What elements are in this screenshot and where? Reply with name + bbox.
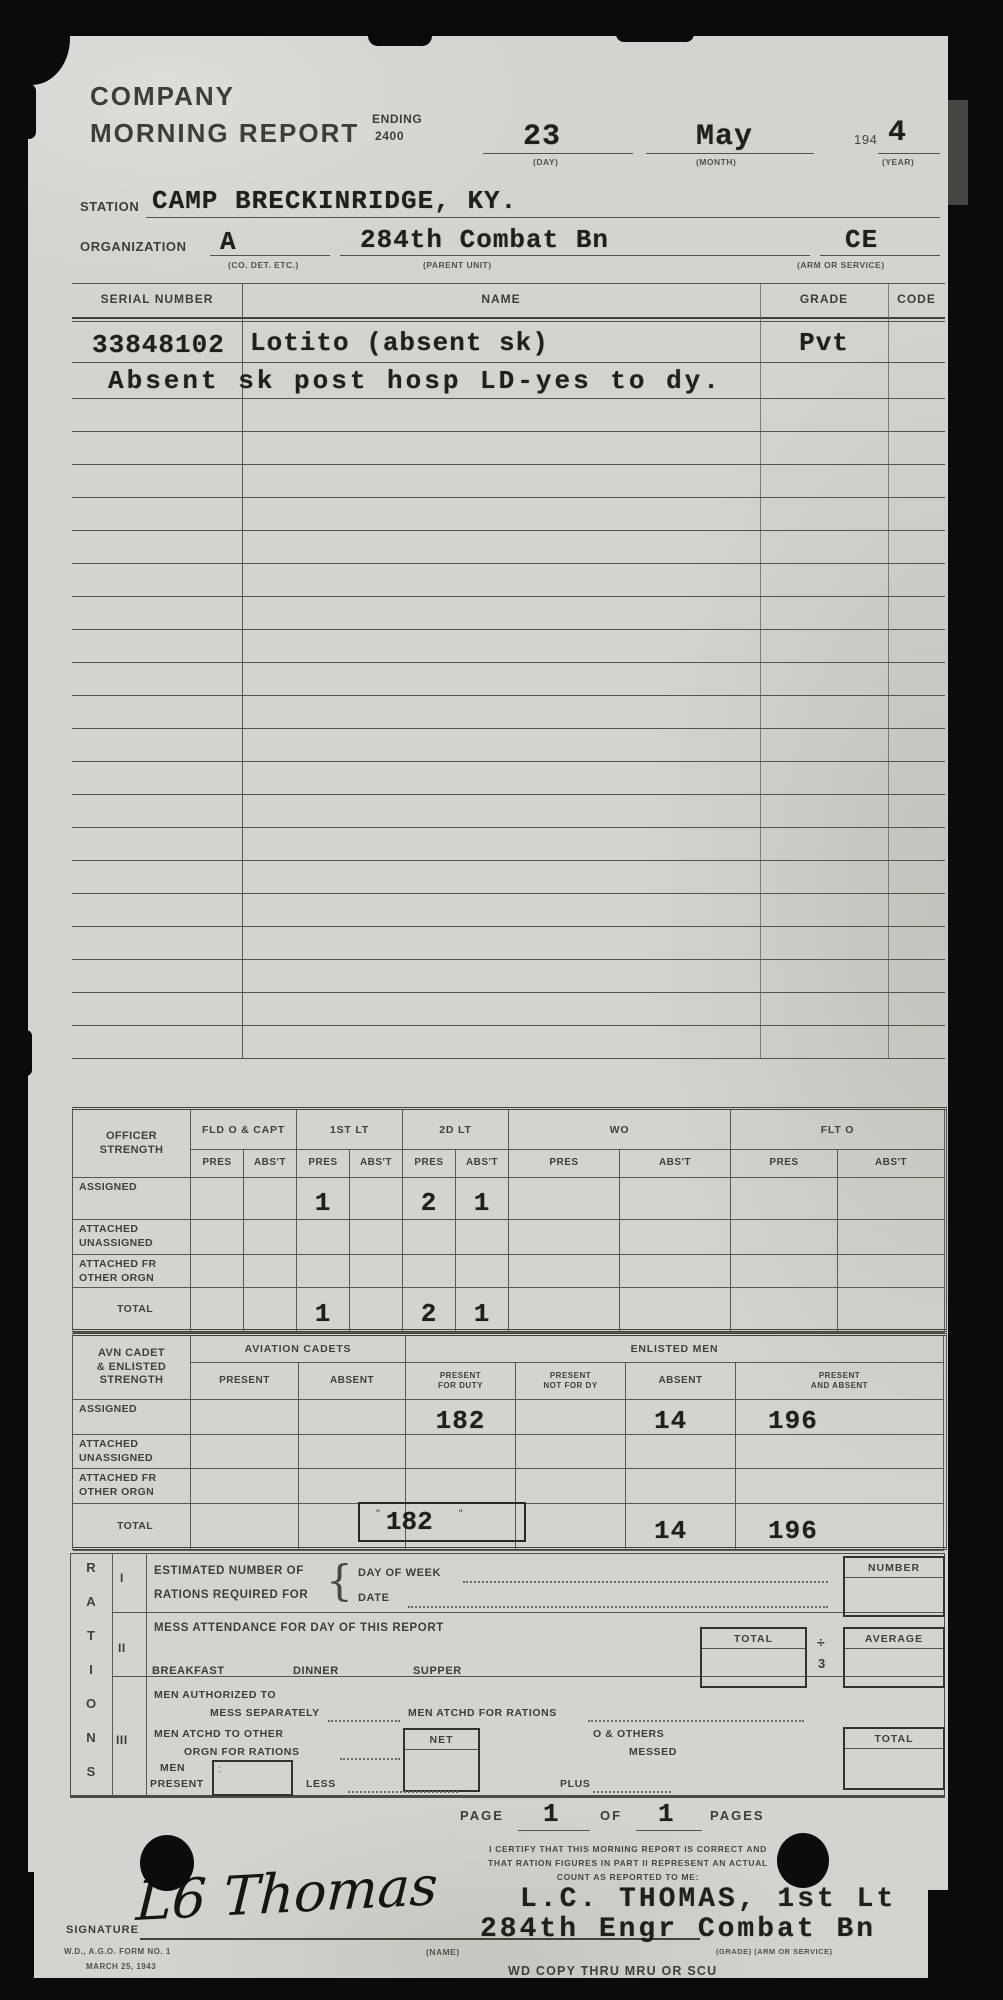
others-total-box-label: TOTAL — [845, 1729, 943, 1745]
certification-line2: THAT RATION FIGURES IN PART II REPRESENT… — [448, 1856, 808, 1870]
value-cell — [620, 1288, 731, 1333]
value-cell — [838, 1220, 945, 1255]
certification-line3: COUNT AS REPORTED TO ME: — [448, 1870, 808, 1884]
value-cell — [299, 1435, 406, 1469]
scan-edge-blob-top2 — [616, 28, 694, 42]
average-box-divider — [845, 1648, 943, 1649]
dinner-label: DINNER — [293, 1665, 339, 1677]
value-cell — [509, 1255, 620, 1288]
value-cell: 182 — [406, 1400, 516, 1435]
typed-officer-unit: 284th Engr Combat Bn — [480, 1914, 876, 1945]
date-line — [408, 1606, 828, 1608]
roster-empty-row-line — [72, 530, 945, 531]
value-cell — [244, 1288, 297, 1333]
mess-separately-line — [328, 1720, 400, 1722]
pages-value: 1 — [658, 1799, 675, 1829]
column-sub-header: ABS'T — [456, 1150, 509, 1178]
entry-remark: Absent sk post hosp LD-yes to dy. — [108, 366, 722, 396]
report-month-value: May — [696, 120, 753, 154]
value-cell — [731, 1178, 838, 1220]
day-underline — [483, 153, 633, 154]
value-cell: 196 — [736, 1400, 944, 1435]
roster-empty-row-line — [72, 893, 945, 894]
column-sub-header: PRESENT NOT FOR DY — [516, 1363, 626, 1400]
month-caption: (MONTH) — [696, 157, 736, 167]
roster-empty-row-line — [72, 695, 945, 696]
net-box: NET — [403, 1728, 480, 1792]
authorized-line2: MESS SEPARATELY — [210, 1707, 320, 1719]
roster-col-serial: SERIAL NUMBER — [72, 292, 242, 306]
value-cell — [626, 1435, 736, 1469]
value-cell — [191, 1255, 244, 1288]
value-cell — [620, 1220, 731, 1255]
scan-corner-blob-br — [928, 1890, 1003, 2000]
authorized-line1: MEN AUTHORIZED TO — [154, 1689, 276, 1701]
column-group-header: ENLISTED MEN — [406, 1336, 944, 1363]
value-cell — [509, 1220, 620, 1255]
row-label: ATTACHED FR OTHER ORGN — [73, 1255, 191, 1288]
column-group-header: 2D LT — [403, 1110, 509, 1150]
scan-edge-notch-right — [948, 100, 968, 205]
value-cell — [191, 1400, 299, 1435]
rations-row1-divider — [112, 1612, 945, 1613]
number-box-divider — [845, 1577, 943, 1578]
entry-name: Lotito (absent sk) — [250, 328, 549, 358]
others-total-box-divider — [845, 1748, 943, 1749]
atchd-line1: MEN ATCHD TO OTHER — [154, 1728, 284, 1740]
ditto-mark-left: " — [376, 1508, 380, 1520]
value-cell — [731, 1220, 838, 1255]
scan-corner-blob-bl — [0, 1872, 34, 2000]
cell-value: 1 — [474, 1188, 491, 1218]
roster-empty-row-line — [72, 1058, 945, 1059]
column-sub-header: ABS'T — [838, 1150, 945, 1178]
organization-parent-value: 284th Combat Bn — [360, 225, 609, 255]
value-cell — [620, 1255, 731, 1288]
row-label: TOTAL — [73, 1504, 191, 1551]
paper: COMPANY MORNING REPORT ENDING 2400 23 (D… — [28, 36, 948, 1978]
column-sub-header: ABSENT — [299, 1363, 406, 1400]
value-cell — [736, 1469, 944, 1504]
value-cell — [299, 1469, 406, 1504]
organization-company-value: A — [220, 227, 237, 257]
year-underline — [878, 153, 940, 154]
arm-caption: (ARM OR SERVICE) — [797, 260, 885, 270]
net-box-label: NET — [405, 1730, 478, 1746]
year-prefix: 194 — [854, 132, 878, 147]
table-title: OFFICER STRENGTH — [73, 1110, 191, 1178]
scan-edge-blob-left1 — [22, 84, 36, 139]
row-label: ATTACHED UNASSIGNED — [73, 1220, 191, 1255]
column-group-header: FLT O — [731, 1110, 945, 1150]
roster-col-grade: GRADE — [760, 292, 888, 306]
roster-empty-row-line — [72, 596, 945, 597]
cell-value: 196 — [768, 1406, 818, 1436]
form-title-line1: COMPANY — [90, 81, 235, 112]
value-cell — [731, 1255, 838, 1288]
ending-label: ENDING — [372, 112, 422, 126]
less-label: LESS — [306, 1778, 336, 1790]
value-cell: 2 — [403, 1288, 456, 1333]
column-sub-header: PRES — [297, 1150, 350, 1178]
value-cell — [191, 1435, 299, 1469]
value-cell: 1 — [297, 1178, 350, 1220]
parent-caption: (PARENT UNIT) — [423, 260, 492, 270]
column-sub-header: ABS'T — [244, 1150, 297, 1178]
scan-border-left — [0, 0, 28, 2000]
cell-value: 1 — [315, 1299, 332, 1329]
atchd-for-rations-label: MEN ATCHD FOR RATIONS — [408, 1707, 557, 1719]
column-sub-header: ABS'T — [350, 1150, 403, 1178]
value-cell — [406, 1469, 516, 1504]
arm-underline — [820, 255, 940, 256]
cell-value: 1 — [315, 1188, 332, 1218]
roster-empty-row-line — [72, 992, 945, 993]
date-label: DATE — [358, 1592, 390, 1604]
column-group-header: AVIATION CADETS — [191, 1336, 406, 1363]
distribution-note: WD COPY THRU MRU OR SCU — [508, 1964, 717, 1978]
roster-divider-name-grade — [760, 283, 761, 1058]
supper-label: SUPPER — [413, 1665, 462, 1677]
year-caption: (YEAR) — [882, 157, 914, 167]
plus-line — [593, 1791, 671, 1793]
atchd-for-rations-line — [588, 1720, 804, 1722]
roster-empty-row-line — [72, 464, 945, 465]
mess-total-box-label: TOTAL — [702, 1629, 805, 1645]
value-cell — [509, 1178, 620, 1220]
value-cell — [509, 1288, 620, 1333]
rations-row2-divider — [112, 1676, 945, 1677]
value-cell — [456, 1220, 509, 1255]
column-sub-header: PRES — [403, 1150, 456, 1178]
form-id-line2: MARCH 25, 1943 — [86, 1962, 156, 1971]
value-cell — [403, 1255, 456, 1288]
value-cell — [191, 1178, 244, 1220]
column-group-header: WO — [509, 1110, 731, 1150]
rations-side-letter: A — [81, 1594, 101, 1609]
report-day-value: 23 — [523, 120, 561, 154]
value-cell — [244, 1220, 297, 1255]
mess-total-box-divider — [702, 1648, 805, 1649]
value-cell — [516, 1435, 626, 1469]
grade-arm-caption: (GRADE) (ARM OR SERVICE) — [716, 1947, 832, 1956]
roster-empty-row-line — [72, 563, 945, 564]
station-value: CAMP BRECKINRIDGE, KY. — [152, 186, 517, 216]
entry-row-line — [72, 362, 945, 363]
roster-divider-serial-name — [242, 283, 243, 1058]
of-label: OF — [600, 1808, 622, 1823]
rations-numeral-1: I — [120, 1571, 124, 1585]
roster-empty-row-line — [72, 662, 945, 663]
number-box: NUMBER — [843, 1556, 945, 1617]
company-caption: (CO. DET. ETC.) — [228, 260, 299, 270]
men-line1: MEN — [160, 1762, 185, 1774]
others-line1: O & OTHERS — [593, 1728, 664, 1740]
company-underline — [210, 255, 330, 256]
report-year-value: 4 — [888, 116, 907, 150]
mess-total-box: TOTAL — [700, 1627, 807, 1688]
cell-value: 1 — [474, 1299, 491, 1329]
value-cell — [191, 1469, 299, 1504]
scan-border-bottom — [0, 1978, 1003, 2000]
value-cell — [620, 1178, 731, 1220]
parent-underline — [340, 255, 810, 256]
value-cell — [297, 1220, 350, 1255]
value-cell: 14 — [626, 1504, 736, 1551]
average-box: AVERAGE — [843, 1627, 945, 1688]
value-cell — [516, 1400, 626, 1435]
rations-side-letter: S — [81, 1764, 101, 1779]
month-underline — [646, 153, 814, 154]
station-underline — [146, 217, 940, 218]
form-id-line1: W.D., A.G.O. FORM NO. 1 — [64, 1947, 171, 1956]
value-cell — [297, 1255, 350, 1288]
column-sub-header: ABSENT — [626, 1363, 736, 1400]
entry-grade: Pvt — [760, 328, 888, 358]
form-title-line2: MORNING REPORT — [90, 118, 359, 149]
roster-empty-row-line — [72, 1025, 945, 1026]
value-cell — [350, 1178, 403, 1220]
column-sub-header: ABS'T — [620, 1150, 731, 1178]
number-box-label: NUMBER — [845, 1558, 943, 1574]
column-sub-header: PRES — [509, 1150, 620, 1178]
value-cell: 1 — [456, 1178, 509, 1220]
men-line2: PRESENT — [150, 1778, 204, 1790]
pages-underline — [636, 1830, 702, 1831]
certification-line1: I CERTIFY THAT THIS MORNING REPORT IS CO… — [448, 1842, 808, 1856]
value-cell: 2 — [403, 1178, 456, 1220]
value-cell — [406, 1435, 516, 1469]
brace: { — [326, 1556, 353, 1605]
rations-side-letter: R — [81, 1560, 101, 1575]
scanned-morning-report: COMPANY MORNING REPORT ENDING 2400 23 (D… — [0, 0, 1003, 2000]
scan-edge-blob-top1 — [368, 30, 432, 46]
column-group-header: 1ST LT — [297, 1110, 403, 1150]
ending-value: 2400 — [375, 129, 404, 143]
rations-side-letter: I — [81, 1662, 101, 1677]
roster-double-rule-b — [72, 321, 945, 322]
mess-attendance-label: MESS ATTENDANCE FOR DAY OF THIS REPORT — [154, 1622, 444, 1634]
value-cell — [516, 1469, 626, 1504]
officer-strength-table: OFFICER STRENGTHFLD O & CAPT1ST LT2D LTW… — [72, 1107, 947, 1332]
roster-col-name: NAME — [242, 292, 760, 306]
value-cell — [350, 1255, 403, 1288]
column-sub-header: PRESENT FOR DUTY — [406, 1363, 516, 1400]
organization-label: ORGANIZATION — [80, 239, 187, 254]
roster-col-code: CODE — [888, 292, 945, 306]
roster-empty-row-line — [72, 629, 945, 630]
value-cell: 1 — [456, 1288, 509, 1333]
column-sub-header: PRES — [191, 1150, 244, 1178]
value-cell — [244, 1178, 297, 1220]
roster-double-rule-a — [72, 317, 945, 319]
column-sub-header: PRESENT AND ABSENT — [736, 1363, 944, 1400]
rations1-label1: ESTIMATED NUMBER OF — [154, 1565, 304, 1577]
remark-row-line — [72, 398, 945, 399]
value-cell — [838, 1288, 945, 1333]
others-line2: MESSED — [629, 1746, 677, 1758]
page-underline — [518, 1830, 590, 1831]
average-box-label: AVERAGE — [845, 1629, 943, 1645]
value-cell — [191, 1504, 299, 1551]
others-total-box: TOTAL — [843, 1727, 945, 1790]
rations-numeral-3: III — [116, 1733, 128, 1747]
value-cell — [299, 1400, 406, 1435]
row-label: ATTACHED FR OTHER ORGN — [73, 1469, 191, 1504]
pages-label: PAGES — [710, 1808, 765, 1823]
entry-serial-number: 33848102 — [92, 330, 225, 360]
men-present-box: : — [212, 1760, 293, 1796]
value-cell — [838, 1255, 945, 1288]
station-label: STATION — [80, 199, 139, 214]
organization-arm-value: CE — [845, 225, 878, 255]
net-box-divider — [405, 1749, 478, 1750]
roster-empty-row-line — [72, 959, 945, 960]
cell-value: 182 — [436, 1406, 486, 1436]
total-present-for-duty-value: 182 — [386, 1507, 433, 1537]
value-cell — [626, 1469, 736, 1504]
table-title: AVN CADET & ENLISTED STRENGTH — [73, 1336, 191, 1400]
row-label: ASSIGNED — [73, 1400, 191, 1435]
page-value: 1 — [543, 1799, 560, 1829]
roster-empty-row-line — [72, 431, 945, 432]
value-cell — [350, 1288, 403, 1333]
rations1-label2: RATIONS REQUIRED FOR — [154, 1589, 308, 1601]
cell-value: 2 — [421, 1299, 438, 1329]
day-caption: (DAY) — [533, 157, 558, 167]
less-line — [348, 1791, 458, 1793]
name-caption: (NAME) — [426, 1947, 460, 1957]
value-cell — [736, 1435, 944, 1469]
typed-officer-name: L.C. THOMAS, 1st Lt — [520, 1884, 896, 1915]
divisor: 3 — [818, 1656, 826, 1671]
atchd-line2: ORGN FOR RATIONS — [184, 1746, 300, 1758]
roster-empty-row-line — [72, 761, 945, 762]
roster-empty-row-line — [72, 860, 945, 861]
scan-border-right — [948, 0, 1003, 2000]
signature-label: SIGNATURE — [66, 1924, 139, 1936]
cell-value: 2 — [421, 1188, 438, 1218]
orgn-for-rations-line — [340, 1758, 400, 1760]
punch-hole-right — [777, 1833, 829, 1888]
row-label: TOTAL — [73, 1288, 191, 1333]
value-cell: 1 — [297, 1288, 350, 1333]
rations-side-letter: N — [81, 1730, 101, 1745]
certification-text: I CERTIFY THAT THIS MORNING REPORT IS CO… — [448, 1842, 808, 1884]
value-cell — [838, 1178, 945, 1220]
roster-empty-row-line — [72, 497, 945, 498]
rations-side-letter: O — [81, 1696, 101, 1711]
rations-side-letter: T — [81, 1628, 101, 1643]
column-sub-header: PRES — [731, 1150, 838, 1178]
page-label: PAGE — [460, 1808, 504, 1823]
value-cell: 196 — [736, 1504, 944, 1551]
value-cell — [516, 1504, 626, 1551]
roster-divider-grade-code — [888, 283, 889, 1058]
cell-value: 14 — [654, 1516, 687, 1546]
value-cell — [191, 1220, 244, 1255]
column-sub-header: PRESENT — [191, 1363, 299, 1400]
roster-empty-row-line — [72, 827, 945, 828]
ditto-mark-right: " — [459, 1508, 463, 1520]
cell-value: 14 — [654, 1406, 687, 1436]
value-cell — [244, 1255, 297, 1288]
roster-empty-row-line — [72, 794, 945, 795]
plus-label: PLUS — [560, 1778, 590, 1790]
roster-top-line — [72, 283, 945, 284]
men-present-box-marks: : — [218, 1764, 221, 1775]
breakfast-label: BREAKFAST — [152, 1665, 225, 1677]
row-label: ASSIGNED — [73, 1178, 191, 1220]
value-cell — [731, 1288, 838, 1333]
divide-sign: ÷ — [817, 1634, 825, 1650]
scan-edge-blob-left2 — [20, 1030, 32, 1076]
value-cell — [456, 1255, 509, 1288]
value-cell — [191, 1288, 244, 1333]
value-cell: 14 — [626, 1400, 736, 1435]
rations-numeral-2: II — [118, 1641, 126, 1655]
column-group-header: FLD O & CAPT — [191, 1110, 297, 1150]
scan-border-top — [0, 0, 1003, 36]
day-of-week-line — [463, 1581, 828, 1583]
total-present-for-duty-boxed-value: " 182 " — [358, 1502, 526, 1542]
day-of-week-label: DAY OF WEEK — [358, 1567, 441, 1579]
punch-hole-left — [140, 1835, 194, 1891]
row-label: ATTACHED UNASSIGNED — [73, 1435, 191, 1469]
value-cell — [350, 1220, 403, 1255]
roster-empty-row-line — [72, 728, 945, 729]
roster-empty-row-line — [72, 926, 945, 927]
value-cell — [403, 1220, 456, 1255]
cell-value: 196 — [768, 1516, 818, 1546]
